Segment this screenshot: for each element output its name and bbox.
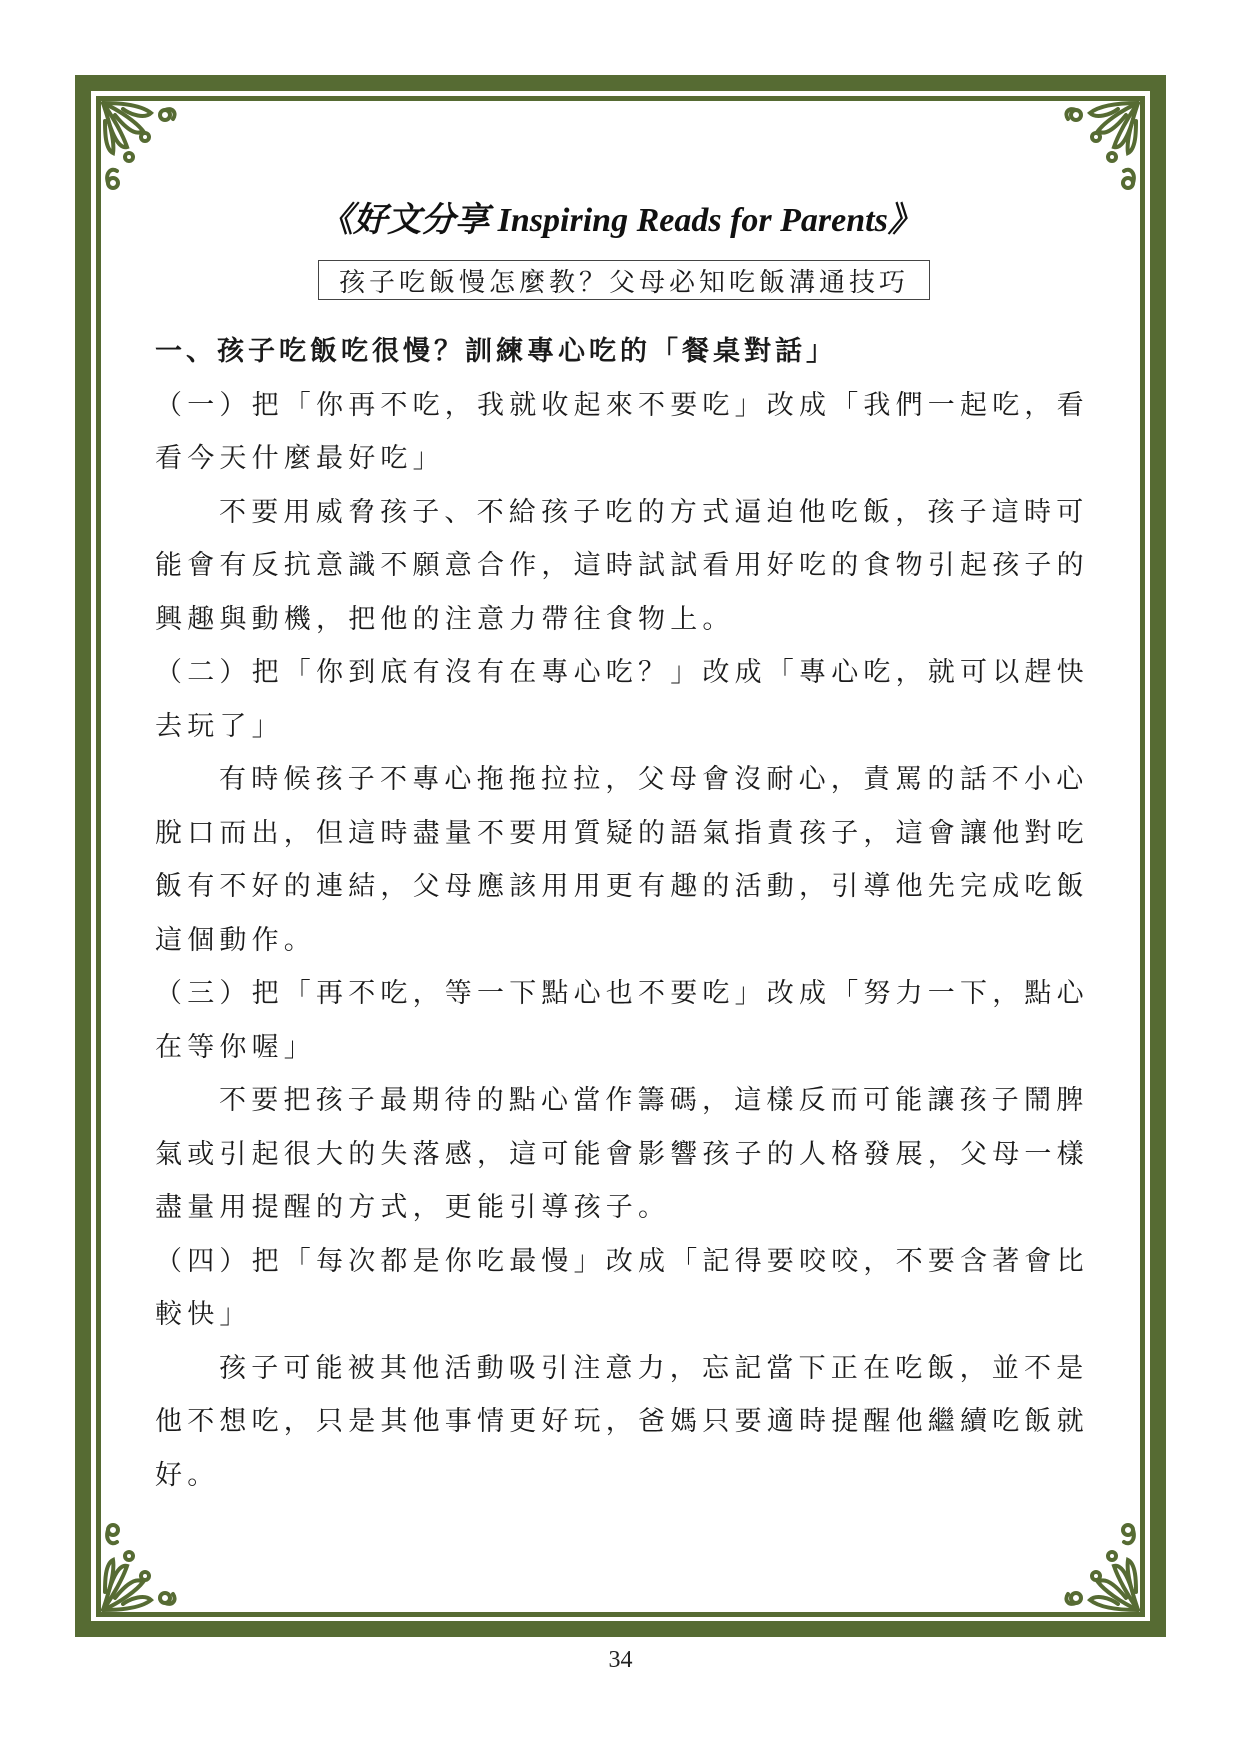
paragraph-line: （四）把「每次都是你吃最慢」改成「記得要咬咬，不要含著會比 <box>155 1235 1090 1289</box>
page-title: 《好文分享 Inspiring Reads for Parents》 <box>0 192 1241 241</box>
section-heading: 一、孩子吃飯吃很慢？訓練專心吃的「餐桌對話」 <box>155 325 1090 379</box>
corner-flourish-icon <box>1040 101 1140 201</box>
paragraph-line: 孩子可能被其他活動吸引注意力，忘記當下正在吃飯，並不是 <box>155 1342 1090 1396</box>
corner-flourish-icon <box>101 101 201 201</box>
article-subtitle: 孩子吃飯慢怎麼教？父母必知吃飯溝通技巧 <box>318 260 930 300</box>
page-number: 34 <box>0 1647 1241 1674</box>
paragraph-line: 好。 <box>155 1449 1090 1503</box>
paragraph-line: 脫口而出，但這時盡量不要用質疑的語氣指責孩子，這會讓他對吃 <box>155 807 1090 861</box>
paragraph-line: 盡量用提醒的方式，更能引導孩子。 <box>155 1181 1090 1235</box>
paragraph-line: 不要用威脅孩子、不給孩子吃的方式逼迫他吃飯，孩子這時可 <box>155 486 1090 540</box>
paragraph-line: 不要把孩子最期待的點心當作籌碼，這樣反而可能讓孩子鬧脾 <box>155 1074 1090 1128</box>
paragraph-line: 有時候孩子不專心拖拖拉拉，父母會沒耐心，責罵的話不小心 <box>155 753 1090 807</box>
paragraph-line: （二）把「你到底有沒有在專心吃？」改成「專心吃，就可以趕快 <box>155 646 1090 700</box>
paragraph-line: 去玩了」 <box>155 700 1090 754</box>
paragraph-line: 這個動作。 <box>155 914 1090 968</box>
paragraph-line: （三）把「再不吃，等一下點心也不要吃」改成「努力一下，點心 <box>155 967 1090 1021</box>
paragraph-line: 飯有不好的連結，父母應該用用更有趣的活動，引導他先完成吃飯 <box>155 860 1090 914</box>
paragraph-line: （一）把「你再不吃，我就收起來不要吃」改成「我們一起吃，看 <box>155 379 1090 433</box>
paragraph-line: 氣或引起很大的失落感，這可能會影響孩子的人格發展，父母一樣 <box>155 1128 1090 1182</box>
paragraph-line: 在等你喔」 <box>155 1021 1090 1075</box>
paragraph-line: 能會有反抗意識不願意合作，這時試試看用好吃的食物引起孩子的 <box>155 539 1090 593</box>
paragraph-line: 他不想吃，只是其他事情更好玩，爸媽只要適時提醒他繼續吃飯就 <box>155 1395 1090 1449</box>
article-body: 一、孩子吃飯吃很慢？訓練專心吃的「餐桌對話」 （一）把「你再不吃，我就收起來不要… <box>155 325 1090 1502</box>
paragraph-line: 較快」 <box>155 1288 1090 1342</box>
paragraph-line: 看今天什麼最好吃」 <box>155 432 1090 486</box>
paragraph-line: 興趣與動機，把他的注意力帶往食物上。 <box>155 593 1090 647</box>
corner-flourish-icon <box>1040 1512 1140 1612</box>
corner-flourish-icon <box>101 1512 201 1612</box>
